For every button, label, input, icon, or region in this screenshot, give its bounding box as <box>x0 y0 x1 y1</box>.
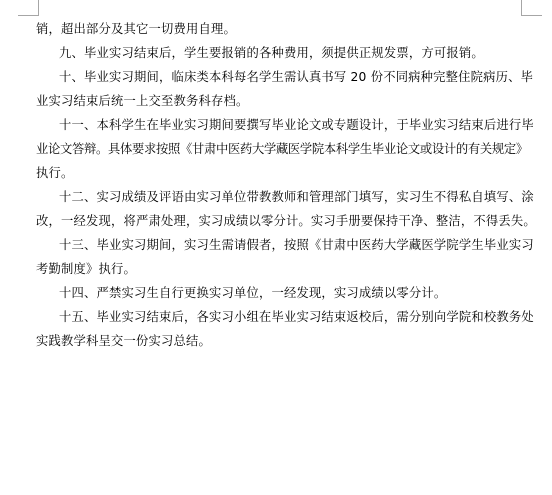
paragraph-continuation: 销，超出部分及其它一切费用自理。 <box>36 17 516 41</box>
paragraph-item-9: 九、毕业实习结束后，学生要报销的各种费用，须提供正规发票，方可报销。 <box>36 41 516 65</box>
text-line: 十二、实习成绩及评语由实习单位带教教师和管理部门填写，实习生不得私自填写、涂 <box>36 185 516 209</box>
text-line: 改，一经发现，将严肃处理，实习成绩以零分计。实习手册要保持干净、整洁，不得丢失。 <box>36 209 516 233</box>
text-line: 十四、严禁实习生自行更换实习单位，一经发现，实习成绩以零分计。 <box>36 281 516 305</box>
paragraph-item-11: 十一、本科学生在毕业实习期间要撰写毕业论文或专题设计，于毕业实习结束后进行毕 业… <box>36 113 516 185</box>
page-corner-mark-top-right <box>519 0 552 16</box>
paragraph-item-13: 十三、毕业实习期间，实习生需请假者，按照《甘肃中医药大学藏医学院学生毕业实习 考… <box>36 233 516 281</box>
text-line: 实践教学科呈交一份实习总结。 <box>36 329 516 353</box>
paragraph-item-12: 十二、实习成绩及评语由实习单位带教教师和管理部门填写，实习生不得私自填写、涂 改… <box>36 185 516 233</box>
text-line: 十五、毕业实习结束后，各实习小组在毕业实习结束返校后，需分别向学院和校教务处 <box>36 305 516 329</box>
text-line: 业论文答辩。具体要求按照《甘肃中医药大学藏医学院本科学生毕业论文或设计的有关规定… <box>36 137 516 161</box>
paragraph-item-10: 十、毕业实习期间，临床类本科每名学生需认真书写 20 份不同病种完整住院病历、毕… <box>36 65 516 113</box>
text-line: 考勤制度》执行。 <box>36 257 516 281</box>
corner-mark-vertical <box>521 0 522 16</box>
text-line: 九、毕业实习结束后，学生要报销的各种费用，须提供正规发票，方可报销。 <box>36 41 516 65</box>
page-corner-mark-top-left <box>0 0 40 16</box>
paragraph-item-14: 十四、严禁实习生自行更换实习单位，一经发现，实习成绩以零分计。 <box>36 281 516 305</box>
document-page[interactable]: 销，超出部分及其它一切费用自理。 九、毕业实习结束后，学生要报销的各种费用，须提… <box>36 17 516 353</box>
text-line: 执行。 <box>36 161 516 185</box>
text-line: 业实习结束后统一上交至教务科存档。 <box>36 89 516 113</box>
text-line: 销，超出部分及其它一切费用自理。 <box>36 17 516 41</box>
paragraph-item-15: 十五、毕业实习结束后，各实习小组在毕业实习结束返校后，需分别向学院和校教务处 实… <box>36 305 516 353</box>
corner-mark-horizontal <box>18 15 39 16</box>
text-line: 十一、本科学生在毕业实习期间要撰写毕业论文或专题设计，于毕业实习结束后进行毕 <box>36 113 516 137</box>
text-line: 十、毕业实习期间，临床类本科每名学生需认真书写 20 份不同病种完整住院病历、毕 <box>36 65 516 89</box>
corner-mark-vertical <box>38 0 39 16</box>
text-line: 十三、毕业实习期间，实习生需请假者，按照《甘肃中医药大学藏医学院学生毕业实习 <box>36 233 516 257</box>
corner-mark-horizontal <box>521 15 542 16</box>
